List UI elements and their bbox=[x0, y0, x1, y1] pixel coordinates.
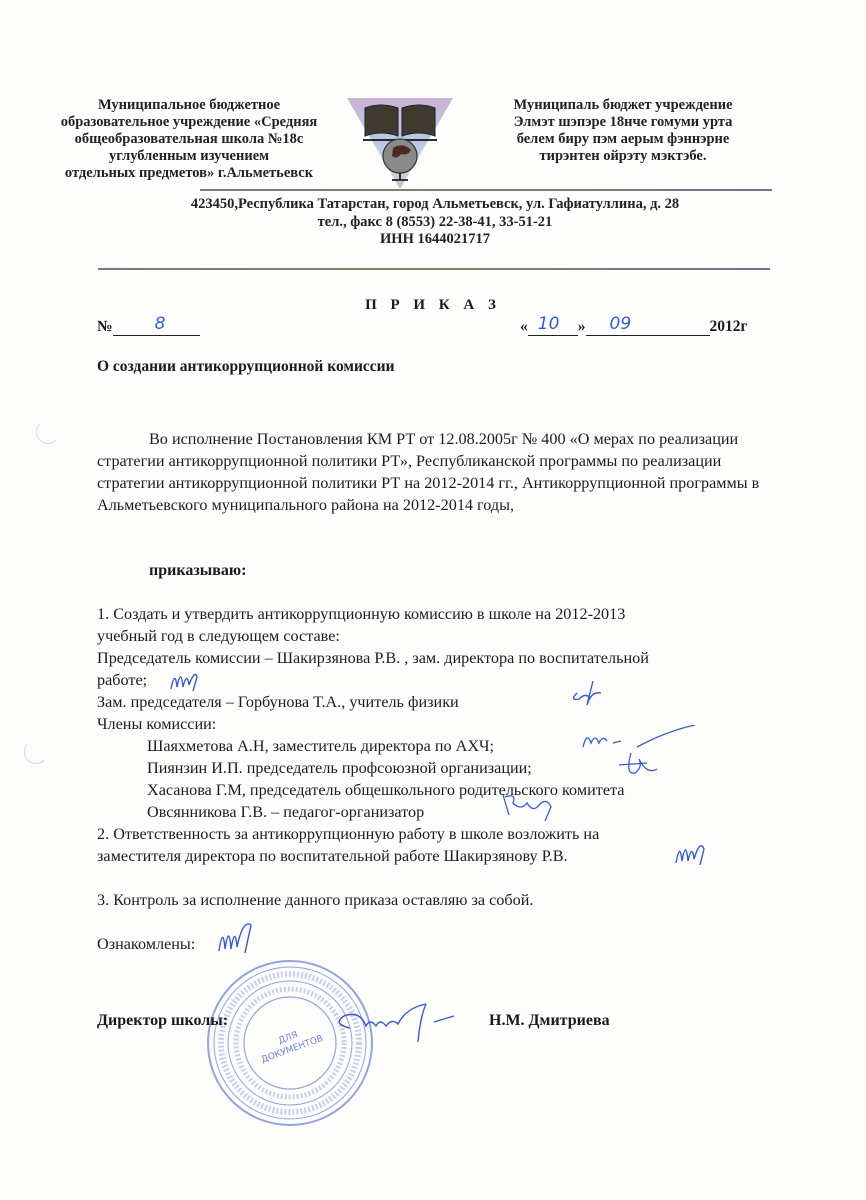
header-line: общеобразовательная школа №18с bbox=[30, 131, 348, 148]
address-block: 423450,Республика Татарстан, город Альме… bbox=[100, 196, 770, 249]
header-line: отдельных предметов» г.Альметьевск bbox=[30, 165, 348, 182]
address-line: 423450,Республика Татарстан, город Альме… bbox=[100, 196, 770, 214]
header-org-name-russian: Муниципальное бюджетное образовательное … bbox=[30, 97, 348, 182]
header-line: Муниципальное бюджетное bbox=[30, 97, 348, 114]
item-line: работе; bbox=[97, 669, 787, 691]
header-line: образовательное учреждение «Средняя bbox=[30, 114, 348, 131]
item-line: учебный год в следующем составе: bbox=[97, 625, 787, 647]
order-items: 1. Создать и утвердить антикоррупционную… bbox=[97, 603, 787, 955]
acknowledged-label: Ознакомлены: bbox=[97, 935, 195, 953]
handwritten-number: 8 bbox=[155, 314, 166, 334]
order-word: приказываю: bbox=[149, 562, 246, 580]
signature-icon bbox=[617, 749, 667, 781]
item-line-text: заместителя директора по воспитательной … bbox=[97, 847, 568, 865]
school-emblem-icon bbox=[345, 96, 455, 191]
header-divider bbox=[200, 189, 772, 191]
spacer bbox=[97, 867, 787, 889]
member-line: Овсянникова Г.В. – педагог-организатор bbox=[97, 801, 787, 823]
preamble-paragraph: Во исполнение Постановления КМ РТ от 12.… bbox=[97, 428, 777, 516]
director-label: Директор школы: bbox=[97, 1012, 228, 1030]
item-line-text: Зам. председателя – Горбунова Т.А., учит… bbox=[97, 693, 459, 711]
day-blank: 10 bbox=[528, 318, 578, 336]
quote-open: « bbox=[520, 318, 528, 335]
quote-close: » bbox=[578, 318, 586, 335]
member-line: Хасанова Г.М, председатель общешкольного… bbox=[97, 779, 787, 801]
header-line: тирэнтен ойрэту мэктэбе. bbox=[478, 148, 768, 165]
handwritten-month: 09 bbox=[610, 314, 632, 334]
punch-hole-mark bbox=[24, 740, 48, 764]
number-blank: 8 bbox=[113, 318, 200, 336]
date-year: 2012г bbox=[710, 318, 748, 335]
item-line: 1. Создать и утвердить антикоррупционную… bbox=[97, 603, 787, 625]
header-line: углубленным изучением bbox=[30, 148, 348, 165]
order-number-field: №8 bbox=[97, 318, 200, 336]
member-text: Пиянзин И.П. председатель профсоюзной ор… bbox=[147, 759, 532, 777]
member-line: Шаяхметова А.Н, заместитель директора по… bbox=[97, 735, 787, 757]
header-line: Элмэт шэпэре 18нче гомуми урта bbox=[478, 114, 768, 131]
member-text: Овсянникова Г.В. – педагог-организатор bbox=[147, 803, 424, 821]
item-line: заместителя директора по воспитательной … bbox=[97, 845, 787, 867]
signature-icon bbox=[672, 835, 712, 867]
signature-icon bbox=[167, 665, 207, 693]
member-line: Пиянзин И.П. председатель профсоюзной ор… bbox=[97, 757, 787, 779]
handwritten-day: 10 bbox=[538, 314, 560, 334]
order-subject: О создании антикоррупционной комиссии bbox=[97, 358, 395, 376]
address-divider bbox=[98, 268, 770, 270]
signature-icon bbox=[497, 789, 567, 823]
signature-icon bbox=[215, 915, 259, 955]
header-line: Муниципаль бюджет учреждение bbox=[478, 97, 768, 114]
item-line: 3. Контроль за исполнение данного приказ… bbox=[97, 889, 787, 911]
month-blank: 09 bbox=[586, 318, 710, 336]
director-name: Н.М. Дмитриева bbox=[489, 1012, 610, 1030]
header-org-name-tatar: Муниципаль бюджет учреждение Элмэт шэпэр… bbox=[478, 97, 768, 165]
order-date-field: «10»092012г bbox=[520, 318, 748, 336]
inn-line: ИНН 1644021717 bbox=[100, 231, 770, 249]
document-title: П Р И К А З bbox=[0, 297, 866, 314]
signature-icon bbox=[567, 679, 607, 709]
phone-line: тел., факс 8 (8553) 22-38-41, 33-51-21 bbox=[100, 214, 770, 232]
header-line: белем биру пэм аерым фэннэрне bbox=[478, 131, 768, 148]
item-line: Зам. председателя – Горбунова Т.А., учит… bbox=[97, 691, 787, 713]
member-text: Шаяхметова А.Н, заместитель директора по… bbox=[147, 737, 494, 755]
number-label: № bbox=[97, 318, 113, 335]
acknowledged-line: Ознакомлены: bbox=[97, 933, 787, 955]
director-signature-icon bbox=[330, 998, 480, 1048]
punch-hole-mark bbox=[36, 420, 60, 444]
item-line-text: работе; bbox=[97, 671, 147, 689]
spacer bbox=[97, 911, 787, 933]
